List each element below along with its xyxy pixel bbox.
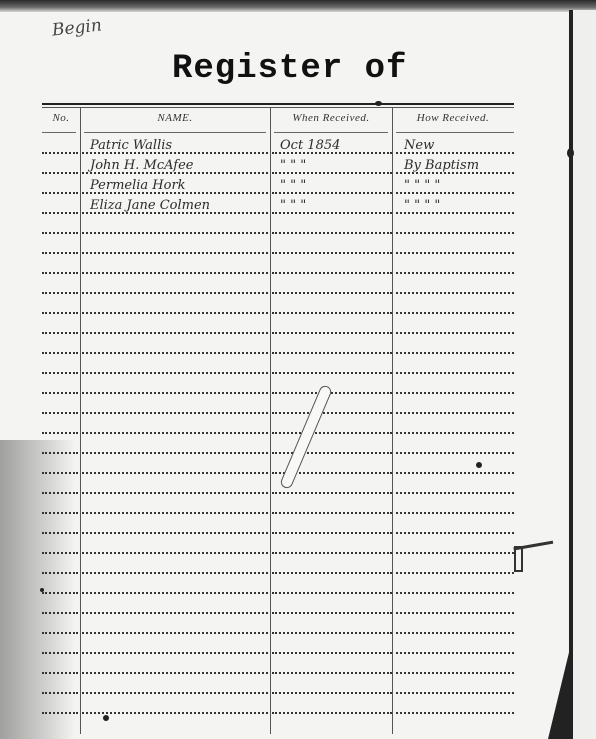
paper-clip-leg xyxy=(514,546,523,572)
blank-row xyxy=(42,214,514,234)
cell-name: John H. McAfee xyxy=(90,158,193,173)
dotted-rule xyxy=(82,712,268,714)
ink-spot xyxy=(40,588,44,592)
header-underline-name xyxy=(84,132,266,133)
blank-row xyxy=(42,514,514,534)
blank-row xyxy=(42,474,514,494)
binding-shadow xyxy=(548,640,572,739)
table-row: Patric WallisOct 1854New xyxy=(42,134,514,154)
table-row: John H. McAfee" " "By Baptism xyxy=(42,154,514,174)
blank-row xyxy=(42,354,514,374)
cell-when: Oct 1854 xyxy=(280,138,340,153)
handwritten-annotation: Begin xyxy=(51,15,103,40)
table-row: Eliza Jane Colmen" " "" " " " xyxy=(42,194,514,214)
table-row: Permelia Hork" " "" " " " xyxy=(42,174,514,194)
book-binding xyxy=(569,10,573,739)
adjacent-page xyxy=(573,10,596,739)
scan-top-edge xyxy=(0,0,596,12)
cell-when: " " " xyxy=(280,198,306,213)
cell-name: Permelia Hork xyxy=(90,178,186,193)
header-underline-no xyxy=(42,132,76,133)
blank-row xyxy=(42,274,514,294)
blank-row xyxy=(42,574,514,594)
header-rule-secondary xyxy=(42,107,514,108)
blank-row xyxy=(42,334,514,354)
ink-spot xyxy=(476,462,482,468)
header-name: NAME. xyxy=(80,112,270,124)
blank-row xyxy=(42,634,514,654)
dotted-rule xyxy=(272,712,392,714)
blank-row xyxy=(42,594,514,614)
blank-row xyxy=(42,614,514,634)
blank-row xyxy=(42,394,514,414)
header-underline-how xyxy=(396,132,514,133)
ink-spot xyxy=(567,148,574,158)
header-underline-when xyxy=(274,132,388,133)
cell-name: Patric Wallis xyxy=(90,138,172,153)
blank-row xyxy=(42,294,514,314)
blank-row xyxy=(42,554,514,574)
ink-spot xyxy=(103,715,109,721)
blank-row xyxy=(42,434,514,454)
blank-row xyxy=(42,654,514,674)
cell-how: " " " " xyxy=(404,178,440,193)
cell-when: " " " xyxy=(280,178,306,193)
cell-how: New xyxy=(404,138,434,153)
dotted-rule xyxy=(42,712,78,714)
cell-name: Eliza Jane Colmen xyxy=(90,198,210,213)
blank-row xyxy=(42,674,514,694)
cell-how: By Baptism xyxy=(404,158,479,173)
blank-row xyxy=(42,234,514,254)
header-how-received: How Received. xyxy=(392,112,514,124)
blank-row xyxy=(42,494,514,514)
blank-row xyxy=(42,694,514,714)
header-rule xyxy=(42,103,514,105)
dotted-rule xyxy=(396,712,514,714)
blank-row xyxy=(42,414,514,434)
header-when-received: When Received. xyxy=(270,112,392,124)
header-no: No. xyxy=(42,112,80,124)
page-title: Register of xyxy=(172,50,407,88)
blank-row xyxy=(42,314,514,334)
blank-row xyxy=(42,534,514,554)
cell-how: " " " " xyxy=(404,198,440,213)
blank-row xyxy=(42,374,514,394)
cell-when: " " " xyxy=(280,158,306,173)
blank-row xyxy=(42,454,514,474)
ink-spot xyxy=(375,101,382,106)
blank-row xyxy=(42,254,514,274)
